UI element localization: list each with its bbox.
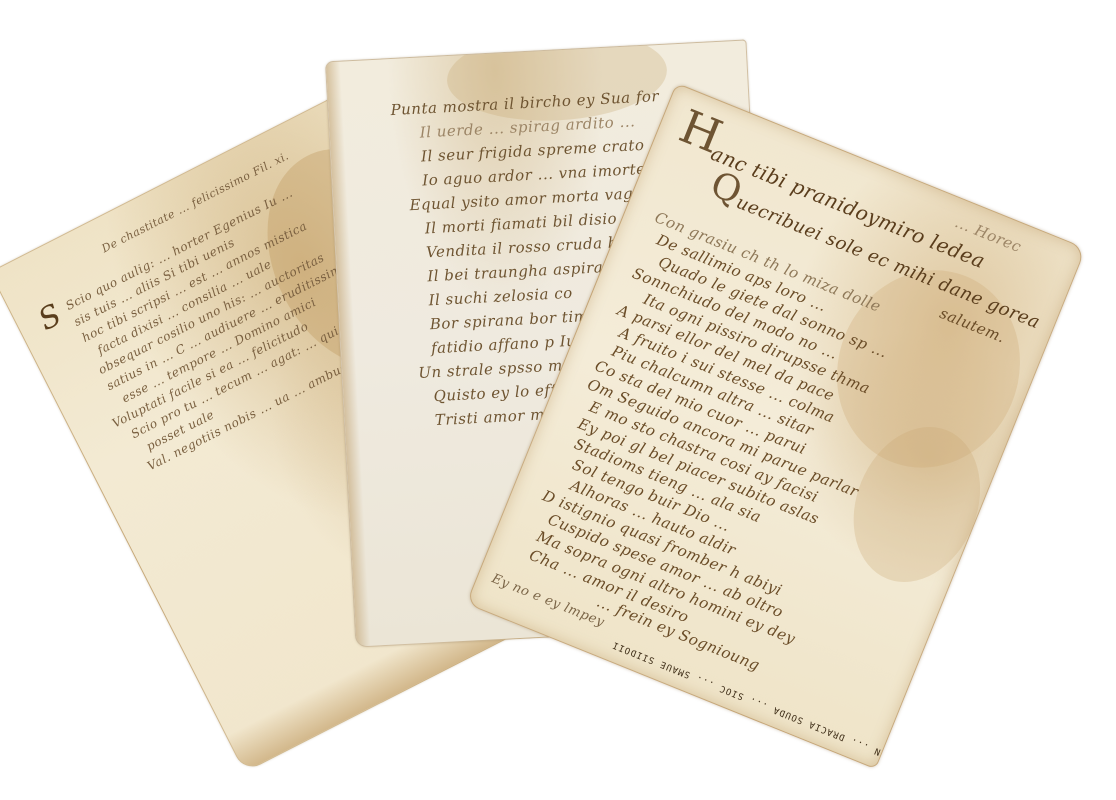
text-line: Un strale spsso mit — [418, 356, 575, 382]
text-line: fatidio affano p Iup — [431, 331, 587, 357]
initial-letter: S — [33, 297, 68, 338]
text-line: Il suchi zelosia co — [428, 284, 573, 310]
water-stain — [831, 408, 1002, 601]
text-line: Vendita il rosso cruda bor — [426, 232, 636, 261]
text-line: Il bei traungha aspira — [427, 258, 604, 285]
manuscript-photo: De chastitate ... felicissimo Fil. xi. S… — [0, 0, 1116, 800]
